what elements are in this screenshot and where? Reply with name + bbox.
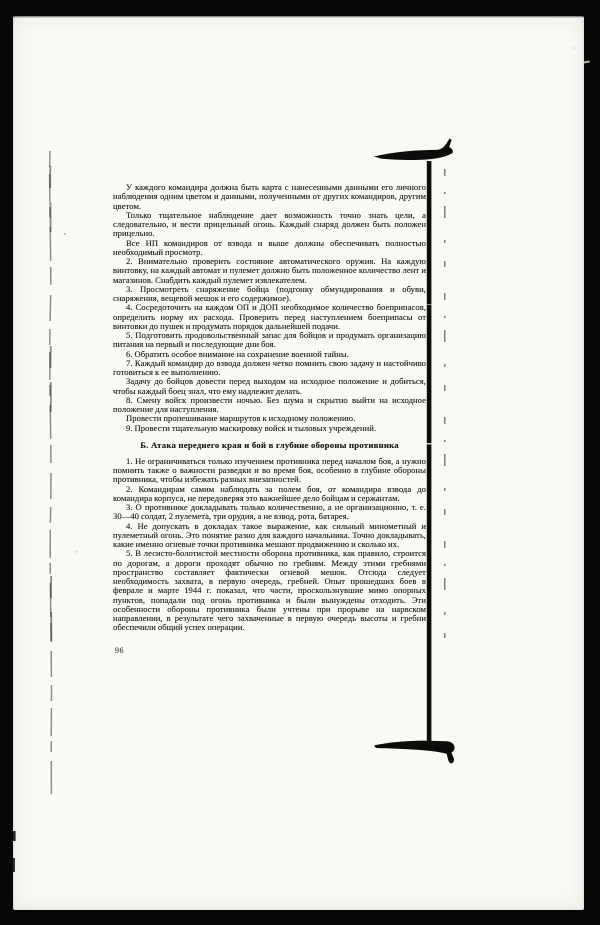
body-paragraph: 4. Сосредоточить на каждом ОП и ДОП необ… bbox=[113, 303, 426, 331]
body-paragraph: Все НП командиров от взвода и выше должн… bbox=[113, 239, 426, 258]
body-paragraph: 2. Командирам самим наблюдать за полем б… bbox=[113, 485, 426, 504]
book-spine-rule bbox=[427, 161, 432, 743]
paper-speck bbox=[64, 233, 66, 235]
spine-rule-bottom-flare bbox=[374, 741, 455, 764]
body-paragraph: 3. Просмотреть снаряжение бойца (подгонк… bbox=[113, 285, 426, 304]
section-b-heading: Б. Атака переднего края и бой в глубине … bbox=[113, 440, 426, 450]
body-paragraph: Только тщательное наблюдение дает возмож… bbox=[113, 211, 426, 239]
body-paragraph: 7. Каждый командир до взвода должен четк… bbox=[113, 359, 426, 378]
page-edge-shadow-top bbox=[13, 16, 584, 17]
text-column: У каждого командира должна быть карта с … bbox=[113, 183, 426, 655]
left-margin-crease-dark-segment bbox=[50, 166, 51, 656]
body-paragraph: 5. Подготовить продовольственный запас д… bbox=[113, 331, 426, 350]
spine-rule-top-flare bbox=[374, 138, 453, 160]
spine-rule-gap bbox=[427, 443, 432, 444]
body-paragraph: 2. Внимательно проверить состояние автом… bbox=[113, 257, 426, 285]
body-paragraph: 5. В лесисто-болотистой местности оборон… bbox=[113, 549, 426, 632]
body-paragraph: 3. О противнике докладывать только колич… bbox=[113, 503, 426, 522]
body-paragraph: 4. Не допускать в докладах такое выражен… bbox=[113, 522, 426, 550]
paper-speck bbox=[76, 551, 77, 552]
body-paragraph: 9. Провести тщательную маскировку войск … bbox=[113, 424, 426, 433]
spine-rule-gap bbox=[427, 304, 432, 305]
page-number: 96 bbox=[115, 646, 426, 655]
page-edge-nub bbox=[13, 831, 16, 841]
scanned-document-screenshot: { "meta": { "page_number": "96", "langua… bbox=[0, 0, 600, 925]
left-margin-crease bbox=[50, 151, 52, 794]
page-edge-nub bbox=[13, 858, 15, 872]
scan-border-fleck bbox=[583, 61, 590, 64]
body-paragraph: У каждого командира должна быть карта с … bbox=[113, 183, 426, 211]
scanned-page: У каждого командира должна быть карта с … bbox=[13, 16, 584, 910]
body-paragraph: 8. Смену войск произвести ночью. Без шум… bbox=[113, 396, 426, 415]
body-paragraph: 1. Не ограничиваться только изучением пр… bbox=[113, 457, 426, 485]
body-paragraph: Задачу до бойцов довести перед выходом н… bbox=[113, 377, 426, 396]
